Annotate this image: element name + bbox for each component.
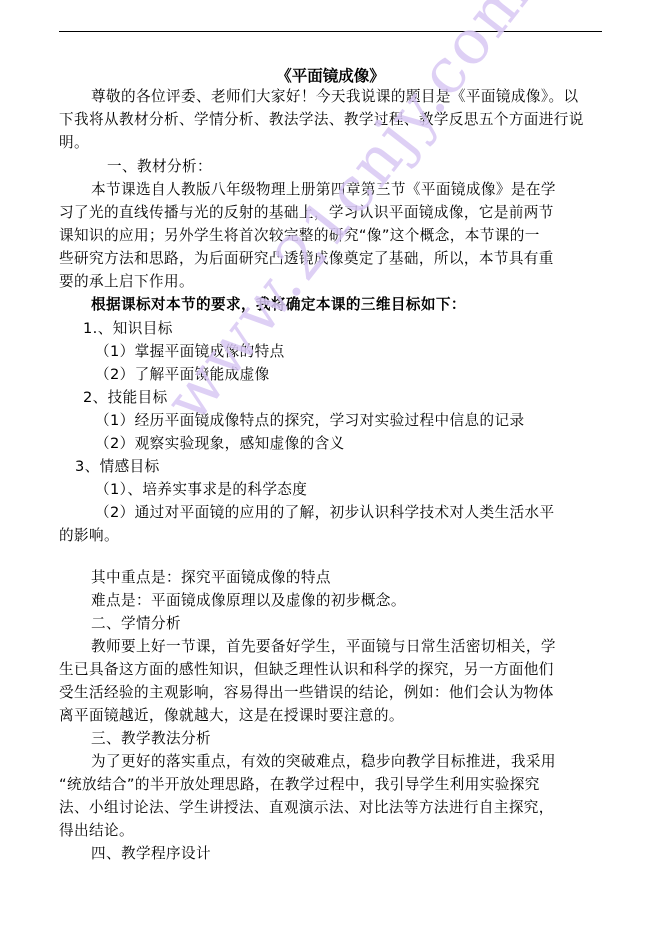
paragraph-line: 受生活经验的主观影响，容易得出一些错误的结论，例如：他们会认为物体 [59, 682, 554, 704]
paragraph-line: 四、教学程序设计 [91, 843, 211, 865]
paragraph-line: 根据课标对本节的要求，我将确定本课的三维目标如下： [91, 294, 466, 316]
paragraph-line: 三、教学教法分析 [91, 728, 211, 750]
paragraph-line: 教师要上好一节课，首先要备好学生，平面镜与日常生活密切相关，学 [91, 636, 556, 658]
paragraph-line: 难点是：平面镜成像原理以及虚像的初步概念。 [91, 590, 406, 612]
paragraph-line: （1）、培养实事求是的科学态度 [95, 479, 307, 501]
paragraph-line: 习了光的直线传播与光的反射的基础上，学习认识平面镜成像，它是前两节 [59, 202, 554, 224]
paragraph-line: 下我将从教材分析、学情分析、教法学法、教学过程、教学反思五个方面进行说 [59, 109, 584, 131]
paragraph-line: （2）观察实验现象，感知虚像的含义 [95, 433, 345, 455]
paragraph-line: 本节课选自人教版八年级物理上册第四章第三节《平面镜成像》是在学 [91, 179, 556, 201]
paragraph-line: （1）经历平面镜成像特点的探究，学习对实验过程中信息的记录 [95, 410, 525, 432]
paragraph-line: 尊敬的各位评委、老师们大家好！今天我说课的题目是《平面镜成像》。以 [91, 86, 579, 108]
paragraph-line: 一、教材分析： [107, 156, 212, 178]
paragraph-line: 为了更好的落实重点，有效的突破难点，稳步向教学目标推进，我采用 [91, 751, 556, 773]
paragraph-line: 其中重点是：探究平面镜成像的特点 [91, 567, 331, 589]
paragraph-line: 法、小组讨论法、学生讲授法、直观演示法、对比法等方法进行自主探究， [59, 797, 554, 819]
paragraph-line: “统放结合”的半开放处理思路，在教学过程中，我引导学生利用实验探究 [59, 774, 540, 796]
paragraph-line: 1.、知识目标 [83, 318, 173, 340]
header-rule [59, 31, 602, 32]
document-title: 《平面镜成像》 [0, 64, 661, 86]
paragraph-line: 2、技能目标 [83, 387, 168, 409]
paragraph-line: 3、情感目标 [75, 456, 160, 478]
paragraph-line: 离平面镜越近，像就越大，这是在授课时要注意的。 [59, 705, 404, 727]
paragraph-line: 得出结论。 [59, 820, 134, 842]
paragraph-line: 二、学情分析 [91, 613, 181, 635]
paragraph-line: 课知识的应用；另外学生将首次较完整的研究“像”这个概念，本节课的一 [59, 225, 540, 247]
paragraph-line: 明。 [59, 132, 89, 154]
paragraph-line: （2）了解平面镜能成虚像 [95, 364, 270, 386]
paragraph-line: 要的承上启下作用。 [59, 271, 194, 293]
paragraph-line: 的影响。 [59, 525, 119, 547]
paragraph-line: （1）掌握平面镜成像的特点 [95, 341, 285, 363]
paragraph-line: 生已具备这方面的感性知识，但缺乏理性认识和科学的探究，另一方面他们 [59, 659, 554, 681]
paragraph-line: （2）通过对平面镜的应用的了解，初步认识科学技术对人类生活水平 [95, 502, 555, 524]
paragraph-line: 些研究方法和思路，为后面研究凸透镜成像奠定了基础，所以，本节具有重 [59, 248, 554, 270]
